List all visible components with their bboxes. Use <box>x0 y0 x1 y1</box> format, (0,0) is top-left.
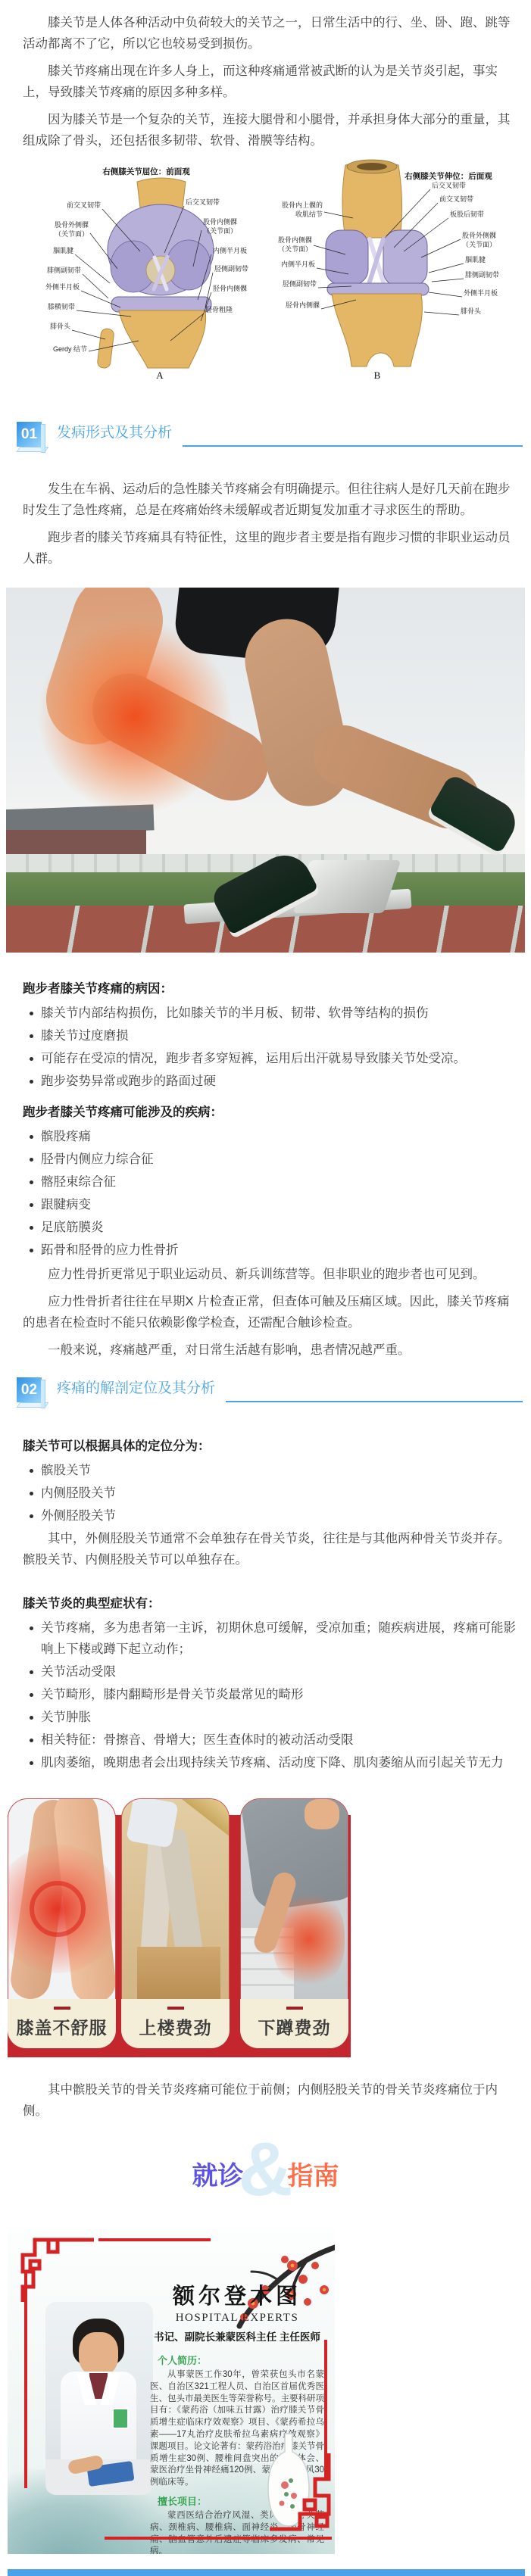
intro-paragraph-2: 膝关节疼痛出现在许多人身上，而这种疼痛通常被武断的认为是关节炎引起，事实上，导致… <box>23 61 517 103</box>
list-item: 关节畸形，膝内翻畸形是骨关节炎最常见的畸形 <box>23 1684 517 1705</box>
anatomy-label: 外侧半月板 <box>45 282 80 291</box>
anatomy-label: 后交叉韧带 <box>186 198 220 206</box>
list-item: 可能存在受凉的情况，跑步者多穿短裤，运用后出汗就易导致膝关节处受凉。 <box>23 1048 517 1069</box>
section-1-paragraph-1: 发生在车祸、运动后的急性膝关节疼痛会有明确提示。但往往病人是好几天前在跑步时发生… <box>23 479 517 521</box>
bio-heading: 个人简历： <box>158 2353 324 2367</box>
knee-anatomy-diagram: 右侧膝关节屈位：前面观 <box>21 156 512 380</box>
diseases-paragraph-3: 一般来说，疼痛越严重，对日常生活越有影响，患者情况越严重。 <box>23 1339 517 1361</box>
red-line-bottom <box>105 2537 332 2540</box>
knee-pain-photo <box>8 1798 116 2000</box>
anatomy-label: 腓骨头 <box>50 322 71 330</box>
guide-heading: & 就诊 指南 <box>0 2135 531 2211</box>
symptom-card-knee-discomfort: 膝盖不舒服 <box>8 1798 116 2048</box>
symptoms-heading: 膝关节炎的典型症状有： <box>23 1593 517 1614</box>
symptoms-section: 膝关节炎的典型症状有： 关节疼痛，多为患者第一主诉，初期休息可缓解，受凉加重；随… <box>23 1593 517 1775</box>
anatomy-letter-a: A <box>156 370 164 380</box>
anatomy-label: 内侧半月板 <box>213 246 247 254</box>
symptom-card-stairs: 上楼费劲 <box>121 1798 230 2048</box>
runner-knee-pain-photo <box>6 588 525 953</box>
caption-text: 膝盖不舒服 <box>17 2018 108 2038</box>
diseases-list: 髌股疼痛 胫骨内侧应力综合征 髂胫束综合征 跟腱病变 足底筋膜炎 跖骨和胫骨的应… <box>23 1126 517 1261</box>
list-item: 髌股疼痛 <box>23 1126 517 1147</box>
anatomy-label: 后交叉韧带 <box>432 181 466 189</box>
stairs-photo <box>121 1798 230 2000</box>
anatomy-label: 前交叉韧带 <box>439 195 473 203</box>
section-1-paragraph-2: 跑步者的膝关节疼痛具有特征性，这里的跑步者主要是指有跑步习惯的非职业运动员人群。 <box>23 527 517 569</box>
anatomy-letter-b: B <box>374 370 381 380</box>
bottom-blue-divider <box>8 2569 525 2576</box>
list-item: 髂胫束综合征 <box>23 1171 517 1193</box>
caption-dash <box>167 2007 184 2010</box>
section-1-title: 发病形式及其分析 <box>57 421 172 447</box>
locations-paragraph: 其中，外侧胫股关节通常不会单独存在骨关节炎，往往是与其他两种骨关节炎并存。髌股关… <box>23 1528 517 1570</box>
anatomy-label: （关节面） <box>462 240 496 248</box>
anatomy-label: 膝横韧带 <box>48 302 75 310</box>
chinese-fret-corner-bottom-right <box>270 2453 335 2532</box>
intro-paragraph-3: 因为膝关节是一个复杂的关节，连接大腿骨和小腿骨，并承担身体大部分的重量，其组成除… <box>23 109 517 151</box>
squat-pain-photo <box>240 1798 348 2000</box>
section-2-title: 疼痛的解剖定位及其分析 <box>57 1377 215 1402</box>
list-item: 内侧胫股关节 <box>23 1483 517 1504</box>
anatomy-label: 腓骨头 <box>461 307 482 315</box>
caption-dash <box>54 2007 70 2010</box>
anatomy-label: 股骨外侧髁 <box>55 220 89 229</box>
diseases-paragraph-2: 应力性骨折者往往在早期X 片检查正常，但查体可触及压痛区域。因此，膝关节疼痛的患… <box>23 1291 517 1333</box>
list-item: 膝关节内部结构损伤，比如膝关节的半月板、韧带、软骨等结构的损伤 <box>23 1003 517 1024</box>
expert-english-title: HOSPITAL EXPERTS <box>150 2312 324 2325</box>
list-item: 跟腱病变 <box>23 1194 517 1215</box>
symptom-photos-banner: 膝盖不舒服 上楼费劲 <box>8 1798 351 2057</box>
symptom-card-squat: 下蹲费劲 <box>240 1798 348 2048</box>
list-item: 膝关节过度磨损 <box>23 1025 517 1046</box>
anatomy-label: Gerdy 结节 <box>53 345 87 353</box>
section-1-underline <box>183 445 523 447</box>
anatomy-label: （关节面） <box>203 226 237 235</box>
expert-name: 额尔登木图 <box>150 2279 324 2310</box>
anatomy-label: 腓侧副韧带 <box>465 270 499 279</box>
anatomy-label: 股骨外侧髁 <box>462 231 496 239</box>
anatomy-label: 腘肌腱 <box>53 246 73 254</box>
section-2-number-badge: 02 <box>17 1377 42 1402</box>
caption-text: 下蹲费劲 <box>258 2018 331 2038</box>
anatomy-label: （关节面） <box>55 229 89 238</box>
list-item: 关节疼痛，多为患者第一主诉，初期休息可缓解，受凉加重；随疾病进展，疼痛可能影响上… <box>23 1617 517 1660</box>
anatomy-label: 胫骨内侧髁 <box>213 284 247 292</box>
guide-word-2: 指南 <box>288 2155 339 2192</box>
expert-card: 额尔登木图 HOSPITAL EXPERTS 书记、副院长兼蒙医科主任 主任医师… <box>8 2226 335 2554</box>
list-item: 外侧胫股关节 <box>23 1505 517 1527</box>
section-2-underline <box>226 1401 523 1402</box>
diseases-heading: 跑步者膝关节疼痛可能涉及的疾病： <box>23 1102 517 1123</box>
expert-position: 书记、副院长兼蒙医科主任 主任医师 <box>150 2328 324 2344</box>
section-1-body: 发生在车祸、运动后的急性膝关节疼痛会有明确提示。但往往病人是好几天前在跑步时发生… <box>23 479 517 575</box>
anatomy-label: （关节面） <box>278 245 312 253</box>
caption-dash <box>286 2007 303 2010</box>
caption-area: 下蹲费劲 <box>240 1999 348 2048</box>
section-2-number: 02 <box>21 1382 37 1399</box>
list-item: 跖骨和胫骨的应力性骨折 <box>23 1240 517 1261</box>
diseases-paragraph-1: 应力性骨折更常见于职业运动员、新兵训练营等。但非职业的跑步者也可见到。 <box>23 1264 517 1285</box>
causes-heading: 跑步者膝关节疼痛的病因： <box>23 978 517 1000</box>
doctor-photo <box>45 2302 153 2495</box>
locations-heading: 膝关节可以根据具体的定位分为： <box>23 1436 517 1457</box>
anatomy-label: 股骨内上髁的 <box>282 201 323 209</box>
guide-word-1: 就诊 <box>192 2155 244 2192</box>
anatomy-label: 板股后韧带 <box>450 210 484 218</box>
list-item: 关节肿胀 <box>23 1707 517 1728</box>
anatomy-label: 腓侧副韧带 <box>47 266 81 274</box>
anatomy-label: 收肌结节 <box>295 210 323 218</box>
locations-section: 膝关节可以根据具体的定位分为： 髌股关节 内侧胫股关节 外侧胫股关节 其中，外侧… <box>23 1436 517 1576</box>
section-1-number: 01 <box>21 426 37 443</box>
section-1-number-badge: 01 <box>17 422 42 447</box>
symptoms-list: 关节疼痛，多为患者第一主诉，初期休息可缓解，受凉加重；随疾病进展，疼痛可能影响上… <box>23 1617 517 1773</box>
anatomy-title-a: 右侧膝关节屈位：前面观 <box>102 167 190 176</box>
list-item: 跑步姿势异常或跑步的路面过硬 <box>23 1071 517 1092</box>
anatomy-title-b: 右侧膝关节伸位：后面观 <box>404 171 492 181</box>
list-item: 关节活动受限 <box>23 1661 517 1683</box>
ampersand-decoration: & <box>238 2126 292 2213</box>
list-item: 肌肉萎缩，晚期患者会出现持续关节疼痛、活动度下降、肌肉萎缩从而引起关节无力 <box>23 1752 517 1773</box>
anatomy-label: 胫侧副韧带 <box>214 264 248 273</box>
red-line-left <box>24 2270 27 2488</box>
caption-text: 上楼费劲 <box>139 2018 212 2038</box>
diseases-section: 跑步者膝关节疼痛可能涉及的疾病： 髌股疼痛 胫骨内侧应力综合征 髂胫束综合征 跟… <box>23 1102 517 1367</box>
list-item: 胫骨内侧应力综合征 <box>23 1149 517 1170</box>
intro-section: 膝关节是人体各种活动中负荷较大的关节之一，日常生活中的行、坐、卧、跑、跳等活动都… <box>23 12 517 157</box>
anatomy-label: 胫骨粗隆 <box>205 305 233 313</box>
article-page: 膝关节是人体各种活动中负荷较大的关节之一，日常生活中的行、坐、卧、跑、跳等活动都… <box>0 0 531 2576</box>
causes-list: 膝关节内部结构损伤，比如膝关节的半月板、韧带、软骨等结构的损伤 膝关节过度磨损 … <box>23 1003 517 1092</box>
section-1-header: 01 发病形式及其分析 <box>17 421 523 447</box>
anatomy-label: 股骨内侧髁 <box>203 217 237 226</box>
list-item: 相关特征：骨擦音、骨增大；医生查体时的被动活动受限 <box>23 1729 517 1751</box>
list-item: 足底筋膜炎 <box>23 1217 517 1238</box>
section-2-header: 02 疼痛的解剖定位及其分析 <box>17 1377 523 1402</box>
caption-area: 上楼费劲 <box>121 1999 230 2048</box>
intro-paragraph-1: 膝关节是人体各种活动中负荷较大的关节之一，日常生活中的行、坐、卧、跑、跳等活动都… <box>23 12 517 55</box>
after-banner-section: 其中髌股关节的骨关节炎疼痛可能位于前侧；内侧胫股关节的骨关节炎疼痛位于内侧。 <box>23 2079 517 2128</box>
anatomy-label: 前交叉韧带 <box>67 201 101 209</box>
anatomy-label: 股骨内侧髁 <box>278 235 312 244</box>
anatomy-label: 腘肌腱 <box>465 255 486 264</box>
anatomy-label: 外侧半月板 <box>464 288 498 297</box>
red-line-top <box>98 2238 211 2241</box>
anatomy-label: 胫侧副韧带 <box>283 279 317 288</box>
caption-area: 膝盖不舒服 <box>8 1999 116 2048</box>
anatomy-label: 胫骨内侧髁 <box>286 301 320 309</box>
causes-section: 跑步者膝关节疼痛的病因： 膝关节内部结构损伤，比如膝关节的半月板、韧带、软骨等结… <box>23 978 517 1093</box>
list-item: 髌股关节 <box>23 1460 517 1481</box>
locations-list: 髌股关节 内侧胫股关节 外侧胫股关节 <box>23 1460 517 1527</box>
after-banner-paragraph: 其中髌股关节的骨关节炎疼痛可能位于前侧；内侧胫股关节的骨关节炎疼痛位于内侧。 <box>23 2079 517 2122</box>
anatomy-label: 内侧半月板 <box>281 260 315 268</box>
